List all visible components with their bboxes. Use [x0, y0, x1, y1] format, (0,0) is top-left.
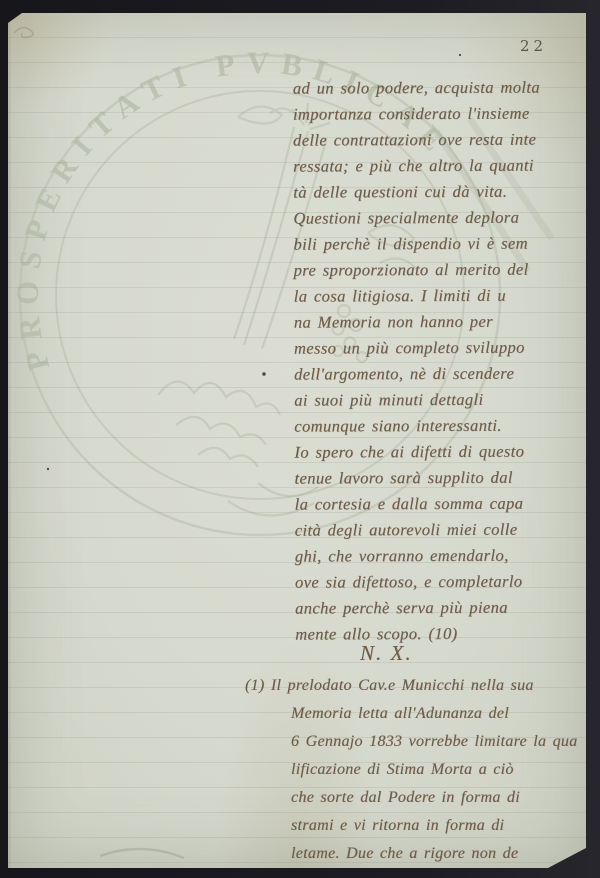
manuscript-line: pre sproporzionato al merito del: [294, 256, 584, 283]
footnote-line: Memoria letta all'Adunanza del: [245, 700, 590, 728]
manuscript-line: cità degli autorevoli miei colle: [295, 516, 585, 543]
signature-initials: N. X.: [360, 641, 413, 666]
manuscript-line: mente allo scopo. (10): [295, 620, 585, 647]
manuscript-line: na Memoria non hanno per: [294, 308, 584, 335]
manuscript-line: la cosa litigiosa. I limiti di u: [294, 282, 584, 309]
manuscript-line: ghi, che vorranno emendarlo,: [295, 542, 585, 569]
footnote-line: 6 Gennajo 1833 vorrebbe limitare la qua: [245, 728, 590, 756]
fold-mark: [100, 849, 184, 858]
manuscript-line: tà delle questioni cui dà vita.: [293, 178, 583, 205]
manuscript-page: PROSPERITATI PVBLICAE: [8, 13, 586, 868]
page-number: 22: [520, 37, 547, 55]
manuscript-line: la cortesia e dalla somma capa: [295, 490, 585, 517]
footnote-line: (1) Il prelodato Cav.e Municchi nella su…: [245, 672, 590, 700]
manuscript-line: Questioni specialmente deplora: [293, 204, 583, 231]
manuscript-line: bili perchè il dispendio vi è sem: [293, 230, 583, 257]
manuscript-line: messo un più completo sviluppo: [294, 334, 584, 361]
footnote-line: che sorte dal Podere in forma di: [245, 784, 590, 812]
manuscript-line: delle contrattazioni ove resta inte: [293, 126, 583, 153]
manuscript-line: anche perchè serva più piena: [295, 594, 585, 621]
manuscript-line: tenue lavoro sarà supplito dal: [294, 464, 584, 491]
manuscript-line: ressata; e più che altro la quanti: [293, 152, 583, 179]
manuscript-line: comunque siano interessanti.: [294, 412, 584, 439]
manuscript-line: ad un solo podere, acquista molta: [293, 74, 583, 101]
manuscript-line: ove sia difettoso, e completarlo: [295, 568, 585, 595]
footnote-line: letame. Due che a rigore non de: [245, 840, 590, 868]
manuscript-scan: PROSPERITATI PVBLICAE: [0, 0, 600, 878]
footnote-line: strami e vi ritorna in forma di: [245, 812, 590, 840]
manuscript-line: ai suoi più minuti dettagli: [294, 386, 584, 413]
main-text-block: ad un solo podere, acquista moltaimporta…: [293, 74, 585, 647]
footnote-block: (1) Il prelodato Cav.e Municchi nella su…: [245, 672, 590, 868]
manuscript-line: Io spero che ai difetti di questo: [294, 438, 584, 465]
footnote-line: lificazione di Stima Morta a ciò: [245, 756, 590, 784]
manuscript-line: importanza considerato l'insieme: [293, 100, 583, 127]
pencil-mark: [14, 28, 33, 38]
manuscript-line: dell'argomento, nè di scendere: [294, 360, 584, 387]
